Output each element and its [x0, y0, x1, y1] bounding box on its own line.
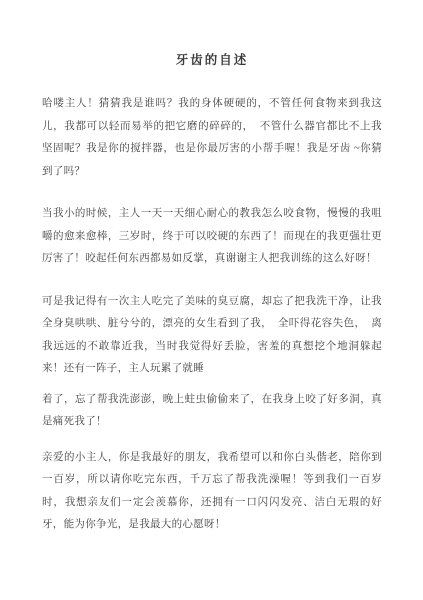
paragraph-intro: 哈喽主人！猜猜我是谁吗？我的身体硬硬的，不管任何食物来到我这儿，我都可以轻而易举…: [42, 93, 382, 183]
paragraph-stinky-tofu-continued: 着了，忘了帮我洗澎澎，晚上蛀虫偷偷来了，在我身上咬了好多洞，真是痛死我了！: [42, 389, 382, 434]
document-title: 牙齿的自述: [42, 50, 382, 68]
paragraph-closing-wish: 亲爱的小主人，你是我最好的朋友，我希望可以和你白头偕老，陪你到一百岁，所以请你吃…: [42, 447, 382, 537]
paragraph-growing-up: 当我小的时候，主人一天一天细心耐心的教我怎么咬食物，慢慢的我咀嚼的愈来愈棒，三岁…: [42, 203, 382, 271]
document-page: 牙齿的自述 哈喽主人！猜猜我是谁吗？我的身体硬硬的，不管任何食物来到我这儿，我都…: [0, 0, 423, 600]
paragraph-stinky-tofu: 可是我记得有一次主人吃完了美味的臭豆腐，却忘了把我洗干净，让我全身臭哄哄、脏兮兮…: [42, 291, 382, 381]
